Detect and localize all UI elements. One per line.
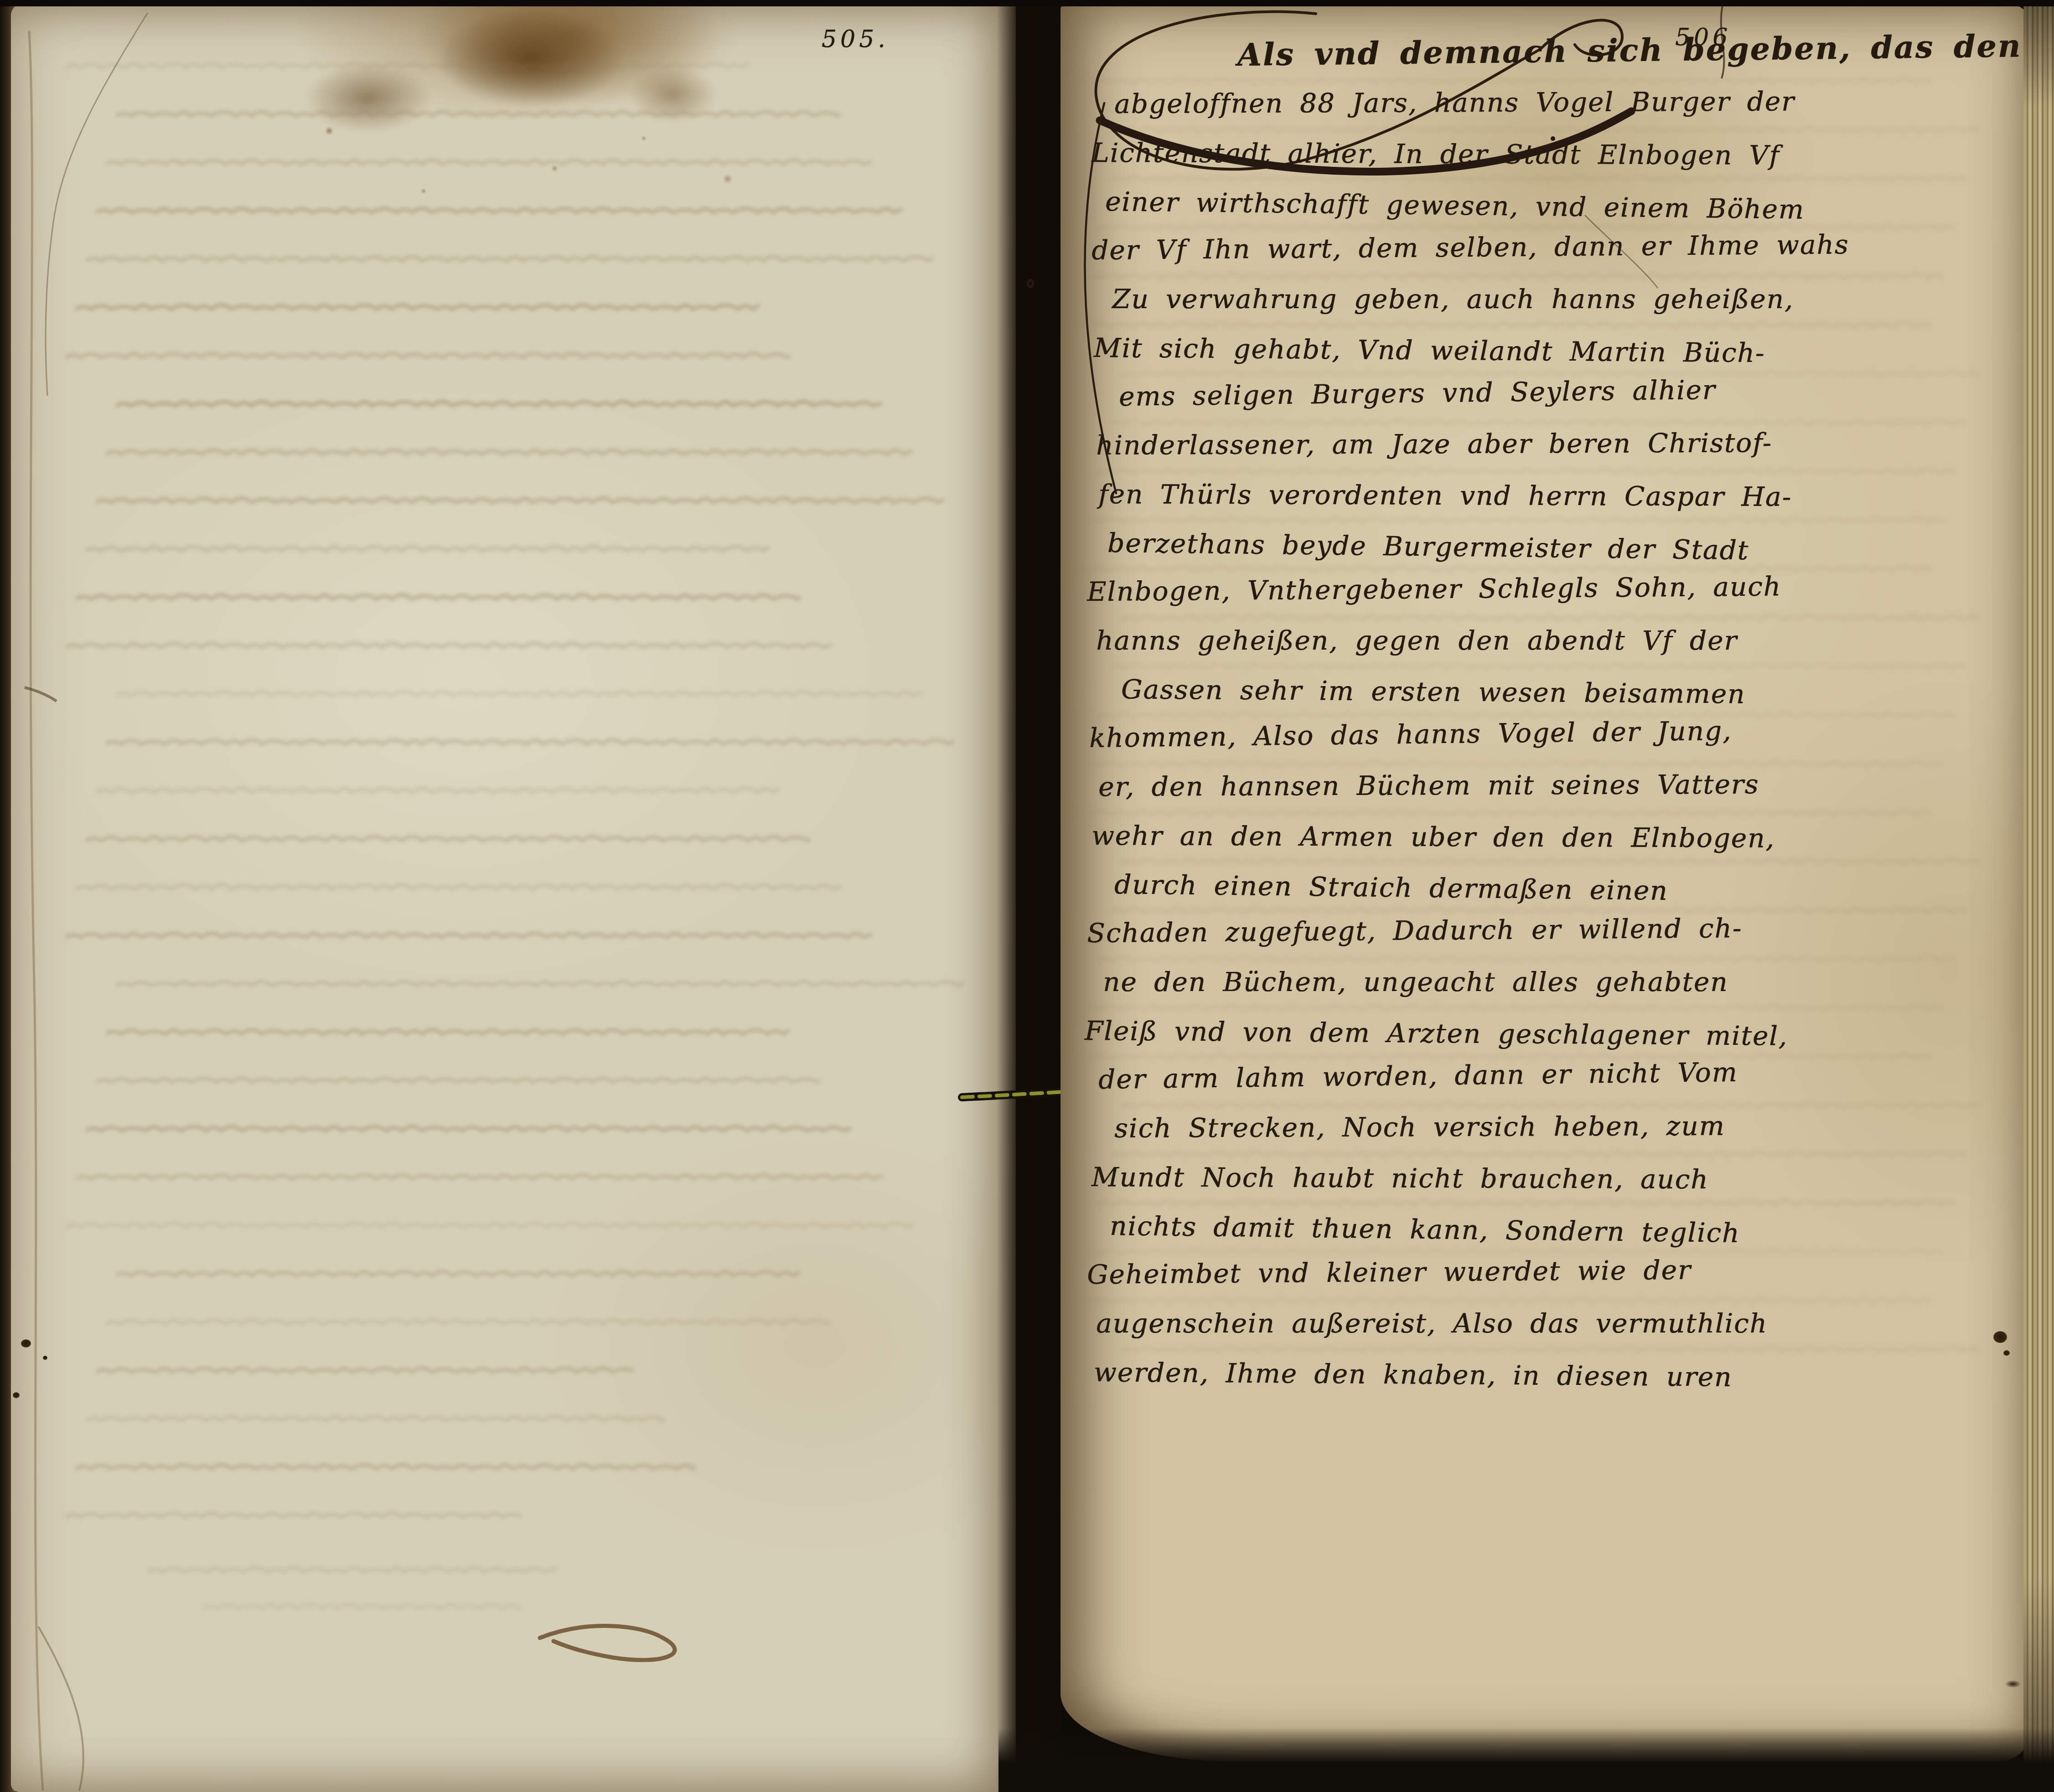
- ink-spot: [43, 1356, 47, 1360]
- manuscript-line: Zu verwahrung geben, auch hanns geheißen…: [1112, 275, 2017, 324]
- manuscript-line: ne den Büchem, ungeacht alles gehabten: [1103, 958, 2017, 1007]
- manuscript-line: der Vf Ihn wart, dem selben, dann er Ihm…: [1092, 219, 2018, 275]
- manuscript-line: Als vnd demnach sich begeben, das den 13…: [1237, 22, 2017, 80]
- ink-blot: [1993, 1331, 2007, 1343]
- scan-bottom-shadow: [999, 1728, 2054, 1792]
- manuscript-line: fen Thürls verordenten vnd herrn Caspar …: [1098, 470, 2017, 522]
- ghost-text-row: [106, 735, 954, 754]
- ghost-text-row: [66, 928, 873, 947]
- manuscript-line: sich Strecken, Noch versich heben, zum: [1114, 1100, 2017, 1153]
- ghost-text-row: [116, 976, 964, 996]
- binding-gutter: [997, 0, 1065, 1792]
- ghost-text-row: [106, 1025, 790, 1044]
- margin-mark: [2005, 1680, 2021, 1688]
- ghost-text-row: [96, 493, 944, 512]
- manuscript-book-scan: 505. 506 Als vnd demnach sich begeben, d…: [0, 0, 2054, 1792]
- manuscript-line: Lichtenstadt alhier, In der Stadt Elnbog…: [1092, 129, 2017, 181]
- ghost-text-row: [66, 638, 832, 657]
- left-page: 505.: [11, 4, 1016, 1792]
- ghost-text-row: [106, 1315, 831, 1334]
- ghost-text-row: [76, 1170, 883, 1189]
- page-crease-lines: [11, 4, 1016, 1792]
- ghost-text-row: [76, 1460, 696, 1479]
- manuscript-line: abgeloffnen 88 Jars, hanns Vogel Burger …: [1114, 76, 2017, 129]
- manuscript-text: Als vnd demnach sich begeben, das den 13…: [1087, 31, 2017, 1397]
- right-page: 506 Als vnd demnach sich begeben, das de…: [1061, 5, 2026, 1761]
- manuscript-line: wehr an den Armen uber den den Elnbogen,: [1092, 811, 2017, 864]
- pen-trial-flourish: [11, 4, 1016, 1792]
- ghost-text-row: [116, 397, 882, 416]
- ghost-text-row: [86, 1411, 665, 1431]
- manuscript-line: hanns geheißen, gegen den abendt Vf der: [1096, 616, 2017, 665]
- ghost-text-row: [106, 445, 913, 464]
- page-edge-shadow: [2023, 0, 2054, 1792]
- manuscript-line: Schaden zugefuegt, Dadurch er willend ch…: [1087, 902, 2018, 958]
- ghost-text-row: [86, 1121, 852, 1141]
- ink-spot: [2003, 1350, 2010, 1356]
- ghost-text-row: [202, 1599, 522, 1618]
- ghost-text-row: [66, 348, 791, 367]
- ghost-text-row: [96, 783, 780, 802]
- stain-speckles: [266, 86, 791, 236]
- manuscript-line: er, den hannsen Büchem mit seines Vatter…: [1098, 759, 2017, 811]
- manuscript-line: Elnbogen, Vnthergebener Schlegls Sohn, a…: [1087, 560, 2018, 616]
- ghost-text-row: [76, 590, 801, 609]
- manuscript-line: werden, Ihme den knaben, in diesen uren: [1094, 1348, 2018, 1404]
- ghost-text-row: [86, 542, 770, 561]
- manuscript-line: Mundt Noch haubt nicht brauchen, auch: [1092, 1153, 2017, 1205]
- ghost-text-row: [148, 1563, 558, 1582]
- ghost-text-row: [76, 300, 760, 319]
- ghost-text-row: [66, 1218, 914, 1237]
- manuscript-line: hinderlassener, am Jaze aber beren Chris…: [1096, 418, 2017, 470]
- left-page-number: 505.: [822, 26, 889, 53]
- ghost-text-row: [116, 1266, 800, 1286]
- ghost-text-row: [86, 252, 934, 271]
- manuscript-line: khommen, Also das hanns Vogel der Jung,: [1089, 703, 2017, 763]
- ghost-text-row: [96, 1363, 634, 1382]
- ghost-text-row: [116, 687, 923, 706]
- ink-spot: [13, 1392, 20, 1398]
- sewing-hole: [1027, 279, 1034, 288]
- manuscript-line: der arm lahm worden, dann er nicht Vom: [1098, 1045, 2017, 1104]
- manuscript-line: ems seligen Burgers vnd Seylers alhier: [1118, 362, 2017, 421]
- manuscript-line: augenschein außereist, Also das vermuthl…: [1096, 1299, 2017, 1348]
- scan-top-edge: [0, 0, 2054, 6]
- ghost-text-row: [86, 831, 811, 851]
- ghost-text-row: [96, 1073, 821, 1092]
- ink-spot: [21, 1339, 31, 1348]
- manuscript-line: Geheimbet vnd kleiner wuerdet wie der: [1087, 1243, 2018, 1299]
- ghost-text-row: [76, 880, 842, 899]
- ghost-text-row: [66, 1508, 522, 1527]
